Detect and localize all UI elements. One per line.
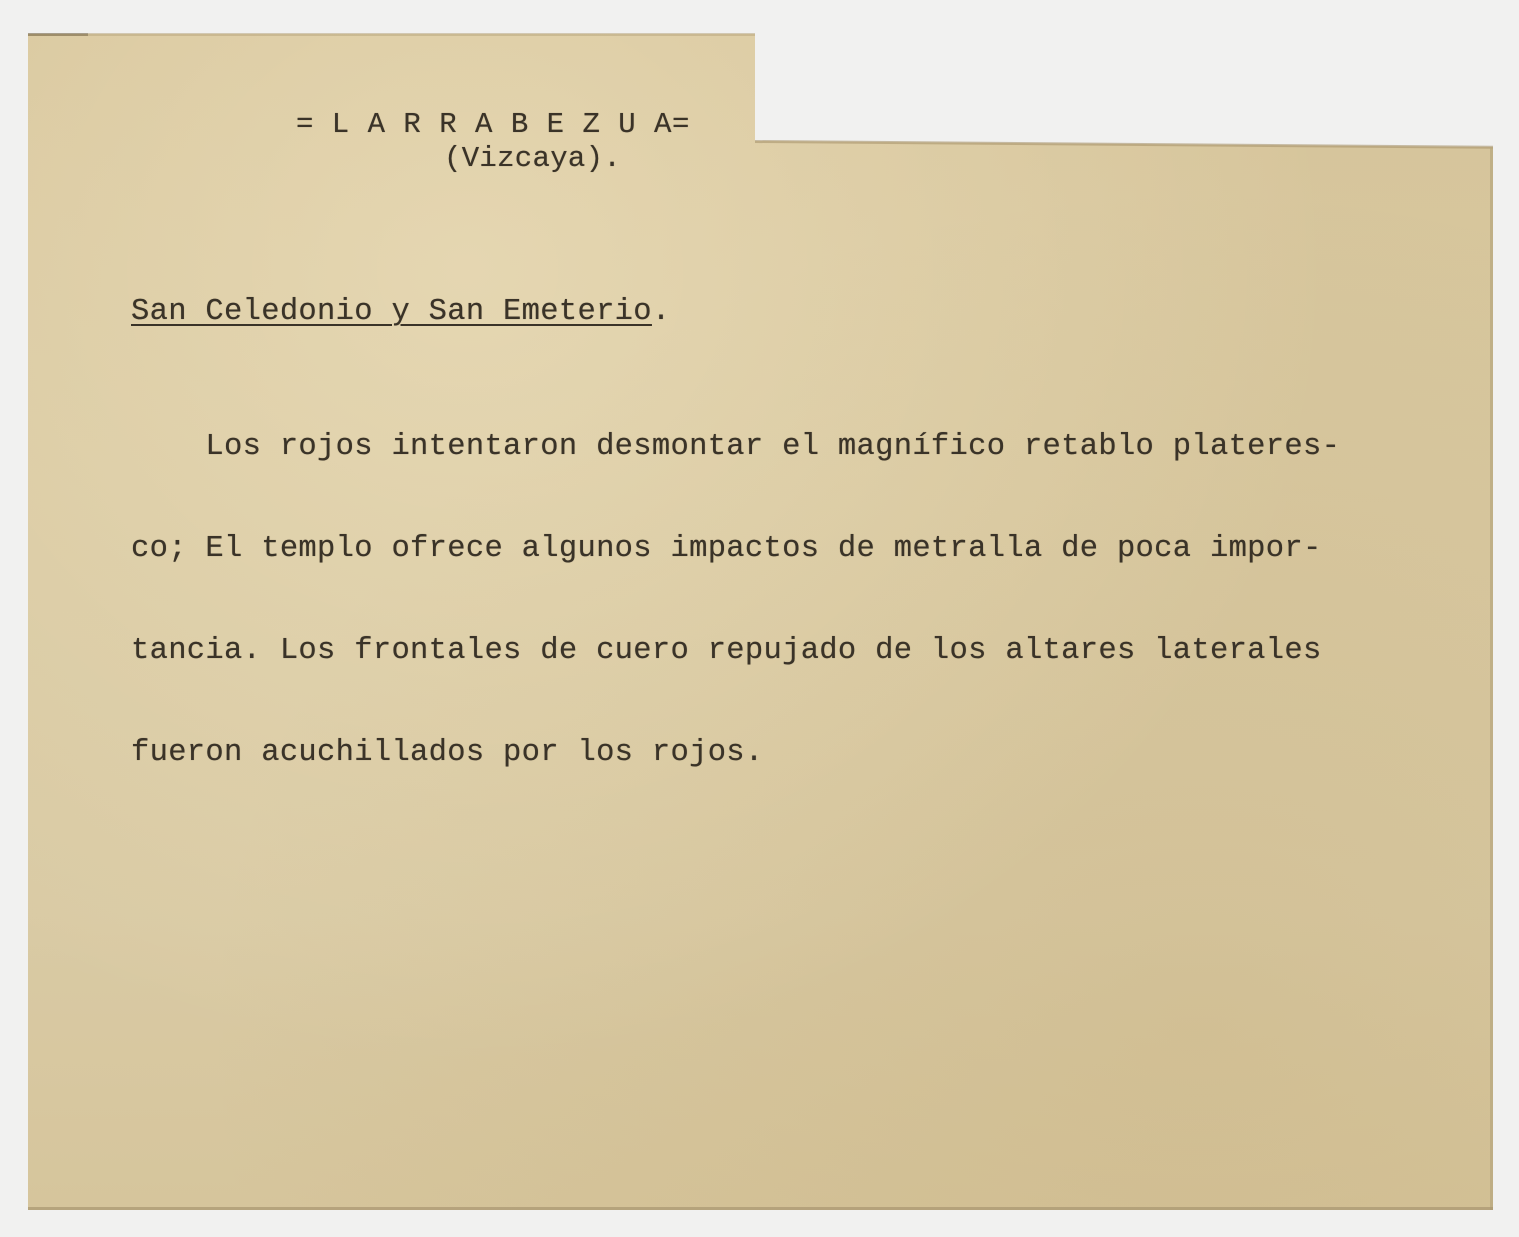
- church-title-text: San Celedonio y San Emeterio: [131, 295, 652, 329]
- body-line: fueron acuchillados por los rojos.: [131, 736, 1340, 770]
- body-line: tancia. Los frontales de cuero repujado …: [131, 634, 1340, 668]
- document-scan: = L A R R A B E Z U A= (Vizcaya). San Ce…: [0, 0, 1519, 1237]
- body-paragraph: Los rojos intentaron desmontar el magníf…: [131, 362, 1340, 838]
- card-top-edge: [28, 33, 755, 36]
- province-label: (Vizcaya).: [444, 142, 621, 176]
- place-name-heading: = L A R R A B E Z U A=: [296, 108, 690, 142]
- church-title: San Celedonio y San Emeterio.: [131, 295, 671, 329]
- card-bottom-edge: [28, 1207, 1493, 1210]
- body-line: Los rojos intentaron desmontar el magníf…: [131, 430, 1340, 464]
- card-right-edge: [1490, 147, 1493, 1210]
- body-line: co; El templo ofrece algunos impactos de…: [131, 532, 1340, 566]
- church-title-period: .: [652, 295, 671, 329]
